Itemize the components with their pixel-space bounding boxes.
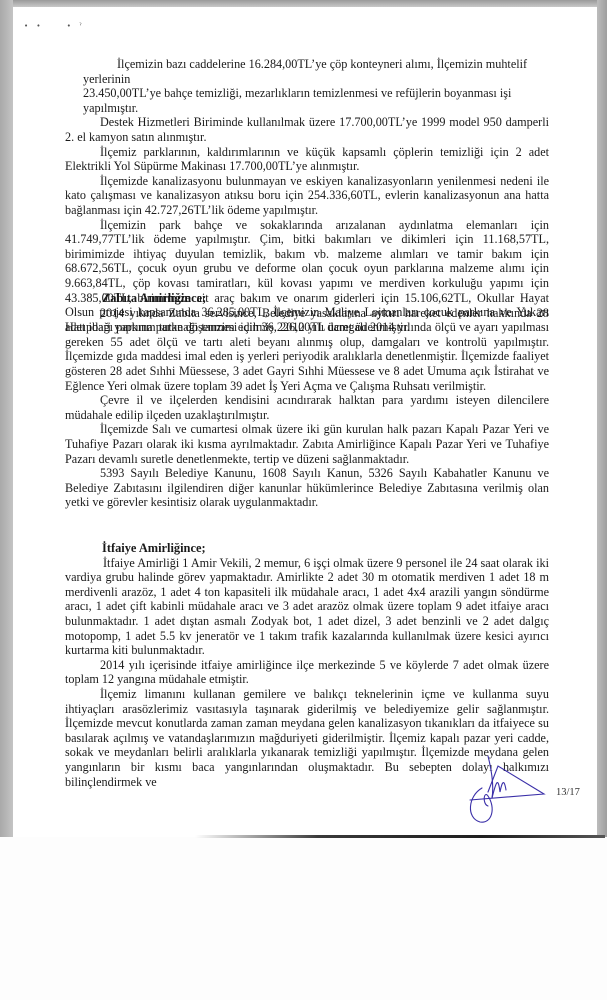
scan-marks: • • • ˀ [24, 22, 103, 30]
intro-paragraph: Destek Hizmetleri Biriminde kullanılmak … [65, 115, 549, 144]
section-zabita: Zabıta Amirliğince; 2014 yılında Zabıta … [65, 291, 549, 510]
scan-right-border [597, 0, 607, 837]
section-paragraph: İlçemizde Salı ve cumartesi olmak üzere … [65, 422, 549, 466]
section-paragraph: 5393 Sayılı Belediye Kanunu, 1608 Sayılı… [65, 466, 549, 510]
section-paragraph: Çevre il ve ilçelerden kendisini acındır… [65, 393, 549, 422]
section-heading: Zabıta Amirliğince; [65, 291, 549, 306]
intro-paragraph: 23.450,00TL’ye bahçe temizliği, mezarlık… [65, 86, 549, 115]
intro-paragraph: İlçemizde kanalizasyonu bulunmayan ve es… [65, 174, 549, 218]
section-paragraph: İtfaiye Amirliği 1 Amir Vekili, 2 memur,… [65, 556, 549, 658]
section-heading: İtfaiye Amirliğince; [65, 541, 549, 556]
signature-icon [458, 752, 548, 824]
intro-paragraph: İlçemiz parklarının, kaldırımlarının ve … [65, 145, 549, 174]
intro-paragraph: İlçemizin bazı caddelerine 16.284,00TL’y… [65, 57, 549, 86]
scan-top-border [0, 0, 607, 7]
section-paragraph: 2014 yılı içerisinde itfaiye amirliğince… [65, 658, 549, 687]
scan-left-border [0, 0, 13, 837]
page-bottom-shadow [195, 835, 605, 838]
page-number: 13/17 [556, 787, 580, 798]
scan-mark: • • [24, 22, 43, 30]
section-paragraph: 2014 yılında Zabıta servisince, Belediye… [65, 306, 549, 394]
scan-mark: • ˀ [67, 22, 85, 30]
